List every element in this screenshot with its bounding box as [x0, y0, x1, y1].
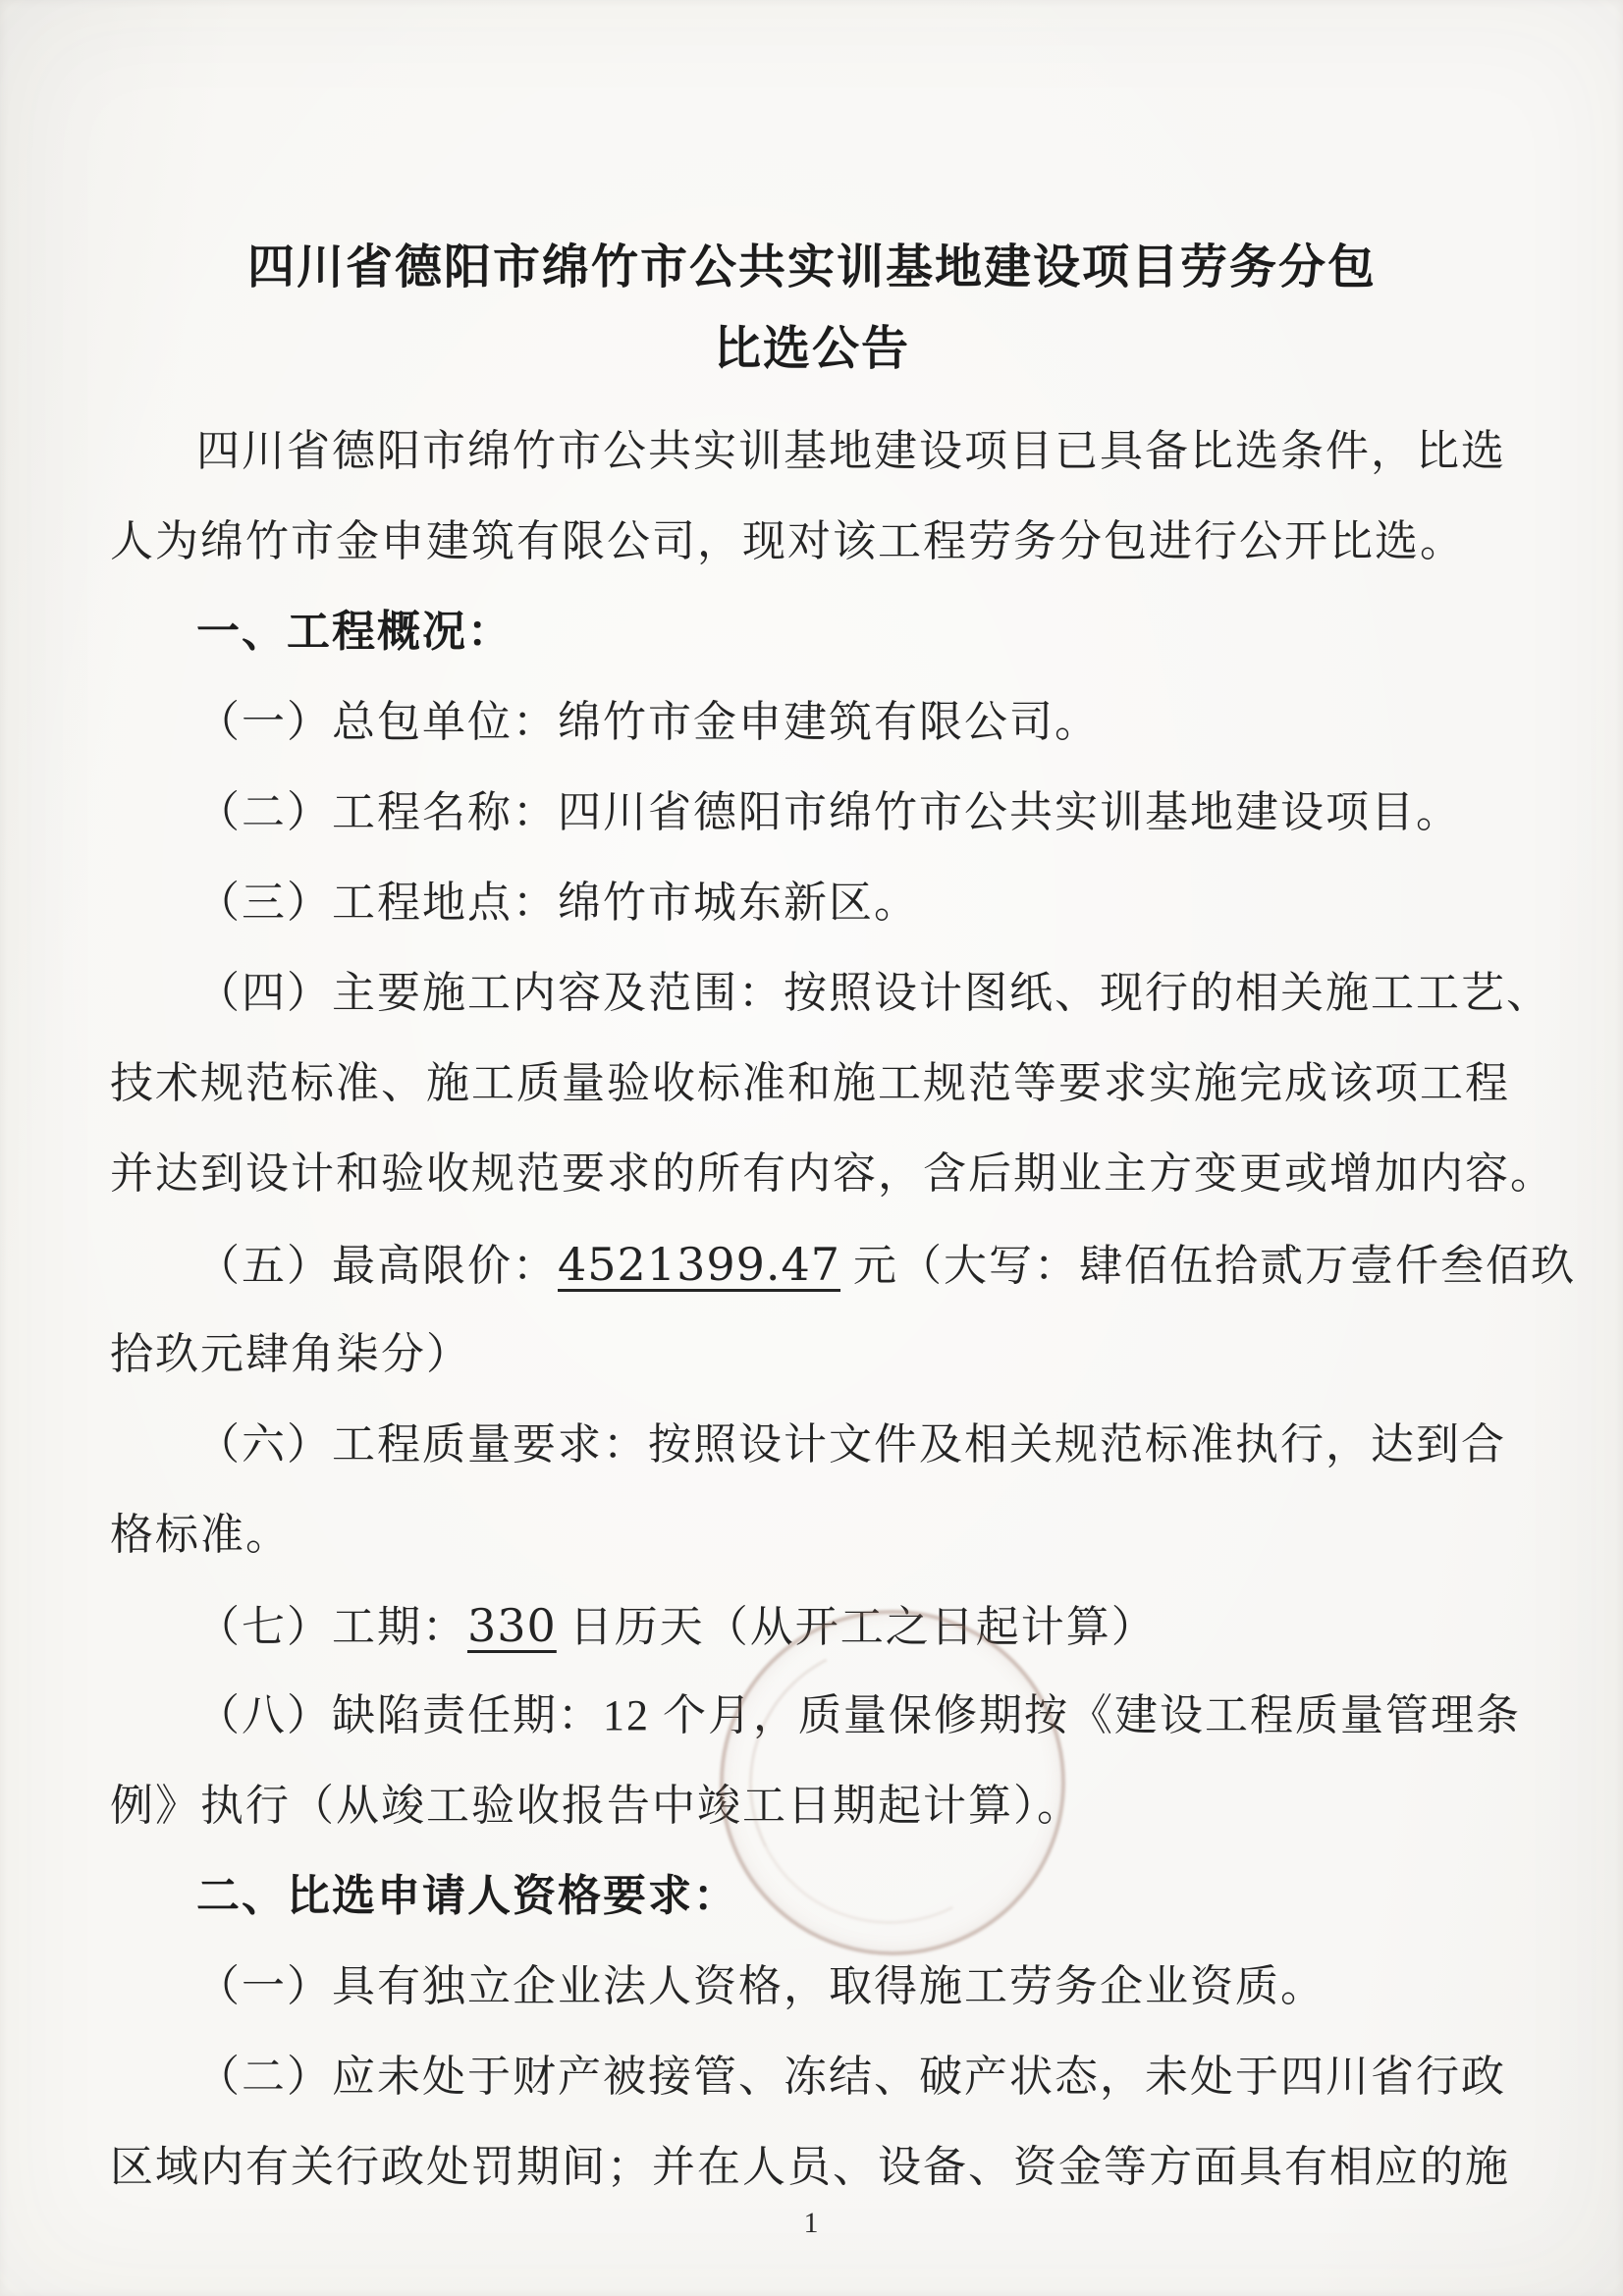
faded-round-seal-stamp [720, 1610, 1065, 1955]
item-4-scope-line-3: 并达到设计和验收规范要求的所有内容，含后期业主方变更或增加内容。 [110, 1129, 1514, 1219]
document-title: 四川省德阳市绵竹市公共实训基地建设项目劳务分包 比选公告 [110, 226, 1514, 389]
item-5-price-line-2: 拾玖元肆角柒分） [110, 1309, 1514, 1400]
item-4-scope-line-2: 技术规范标准、施工质量验收标准和施工规范等要求实施完成该项工程 [110, 1039, 1514, 1129]
item-2-project-name: （二）工程名称：四川省德阳市绵竹市公共实训基地建设项目。 [110, 768, 1514, 858]
max-price-value: 4521399.47 [558, 1238, 840, 1291]
item-5-price-label: （五）最高限价： [196, 1242, 558, 1290]
requirement-1-line: （一）具有独立企业法人资格，取得施工劳务企业资质。 [110, 1942, 1514, 2032]
item-5-price-line-1: （五）最高限价：4521399.47 元（大写：肆佰伍拾贰万壹仟叁佰玖 [110, 1219, 1514, 1309]
document-body: 四川省德阳市绵竹市公共实训基地建设项目已具备比选条件，比选 人为绵竹市金申建筑有… [110, 406, 1514, 2213]
document-title-line-1: 四川省德阳市绵竹市公共实训基地建设项目劳务分包 [110, 226, 1514, 310]
scanned-document-page: 四川省德阳市绵竹市公共实训基地建设项目劳务分包 比选公告 四川省德阳市绵竹市公共… [0, 0, 1623, 2296]
item-4-scope-line-1: （四）主要施工内容及范围：按照设计图纸、现行的相关施工工艺、 [110, 948, 1514, 1039]
item-6-quality-line-1: （六）工程质量要求：按照设计文件及相关规范标准执行，达到合 [110, 1400, 1514, 1490]
duration-days-value: 330 [467, 1599, 557, 1652]
intro-line-1: 四川省德阳市绵竹市公共实训基地建设项目已具备比选条件，比选 [110, 406, 1514, 497]
item-1-contractor: （一）总包单位：绵竹市金申建筑有限公司。 [110, 677, 1514, 768]
requirement-2-line-1: （二）应未处于财产被接管、冻结、破产状态，未处于四川省行政 [110, 2032, 1514, 2122]
item-5-price-words-start: 元（大写：肆佰伍拾贰万壹仟叁佰玖 [840, 1242, 1576, 1290]
item-7-duration-label: （七）工期： [196, 1603, 467, 1651]
item-6-quality-line-2: 格标准。 [110, 1490, 1514, 1580]
document-title-line-2: 比选公告 [110, 310, 1514, 389]
page-number: 1 [0, 2207, 1623, 2240]
requirement-2-line-2: 区域内有关行政处罚期间；并在人员、设备、资金等方面具有相应的施 [110, 2122, 1514, 2213]
section-1-heading: 一、工程概况： [110, 587, 1514, 677]
item-3-project-location: （三）工程地点：绵竹市城东新区。 [110, 858, 1514, 948]
intro-line-2: 人为绵竹市金申建筑有限公司，现对该工程劳务分包进行公开比选。 [110, 497, 1514, 587]
